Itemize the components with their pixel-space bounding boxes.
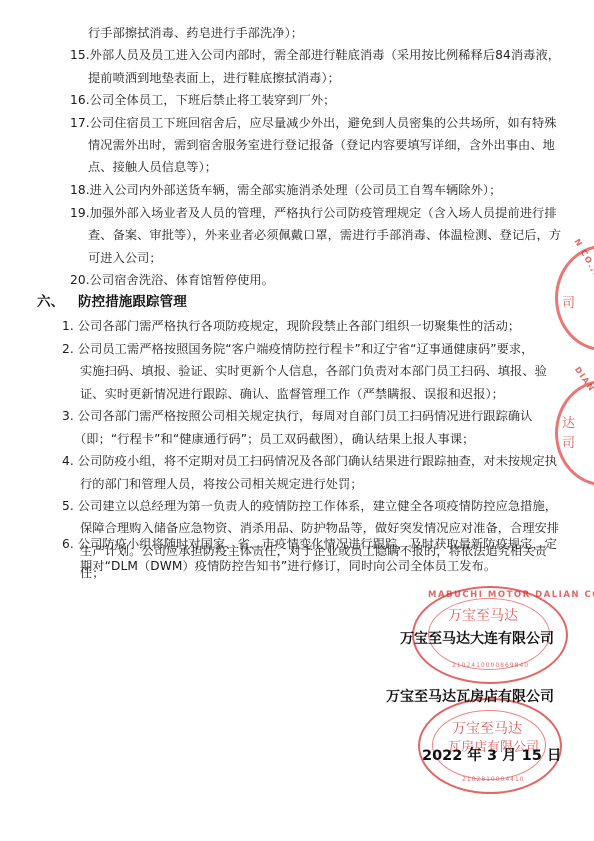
section-item-6-cont: 期对“DLM（DWM）疫情防控告知书”进行修订，同时向公司全体员工发布。 — [80, 557, 496, 575]
section-item-4-cont: 行的部门和管理人员，将按公司相关规定进行处罚； — [80, 475, 363, 493]
list-item-17-cont2: 点、接触人员信息等）； — [88, 158, 217, 176]
section-item-5: 5. 公司建立以总经理为第一负责人的疫情防控工作体系，建立健全各项疫情防控应急措… — [62, 497, 557, 515]
section-number: 六、 — [37, 293, 64, 311]
section-item-2: 2. 公司员工需严格按照国务院“客户端疫情防控行程卡”和辽宁省“辽事通健康码”要… — [62, 340, 534, 358]
list-item-18: 18.进入公司内外部送货车辆，需全部实施消杀处理（公司员工自驾车辆除外）； — [70, 181, 501, 199]
company-seal-dalian-outer-text: MABUCHI MOTOR DALIAN CO.,LTD. — [428, 590, 594, 600]
company-seal-dalian-logo-text: 万宝至马达 — [448, 605, 518, 625]
list-item-20: 20.公司宿舍洗浴、体育馆暂停使用。 — [70, 271, 274, 289]
document-page: 行手部擦拭消毒、药皂进行手部洗净）； 15.外部人员及员工进入公司内部时，需全部… — [0, 0, 594, 841]
list-item-19-cont: 查、备案、审批等），外来业者必须佩戴口罩，需进行手部消毒、体温检测、登记后，方 — [88, 226, 561, 244]
document-date: 2022 年 3 月 15 日 — [422, 744, 561, 765]
list-item-19-cont2: 可进入公司； — [88, 249, 162, 267]
section-item-2-cont: 实施扫码、填报、验证、实时更新个人信息，各部门负责对本部门员工扫码、填报、验 — [80, 362, 547, 380]
section-item-1: 1. 公司各部门需严格执行各项防疫规定，现阶段禁止各部门组织一切聚集性的活动； — [62, 317, 520, 335]
side-seal-fragment-2-char2: 司 — [562, 432, 575, 451]
list-item-19: 19.加强外部入场业者及人员的管理，严格执行公司防疫管理规定（含入场人员提前进行… — [70, 204, 557, 222]
side-seal-fragment-1-char: 司 — [562, 292, 575, 311]
section-item-2-cont2: 证、实时更新情况进行跟踪、确认、监督管理工作（严禁瞒报、误报和迟报）； — [80, 385, 504, 403]
text-line-14-cont: 行手部擦拭消毒、药皂进行手部洗净）； — [88, 24, 303, 42]
section-item-3: 3. 公司各部门需严格按照公司相关规定执行，每周对自部门员工扫码情况进行跟踪确认 — [62, 407, 532, 425]
section-item-4: 4. 公司防疫小组，将不定期对员工扫码情况及各部门确认结果进行跟踪抽查，对未按规… — [62, 452, 557, 470]
company-seal-wafangdian-logo-text: 万宝至马达 — [452, 718, 522, 738]
section-item-6-visible: 6. 公司防疫小组将随时对国家、省、市疫情变化情况进行跟踪，及时获取最新防疫规定… — [62, 535, 557, 553]
section-title: 防控措施跟踪管理 — [78, 293, 187, 311]
side-seal-fragment-2-char1: 达 — [562, 412, 575, 431]
company-seal-wafangdian-number: 2102810004410 — [462, 776, 525, 783]
signature-company-dalian: 万宝至马达大连有限公司 — [400, 628, 554, 648]
section-item-3-cont: （即；“行程卡”和“健康通行码”；员工双码截图），确认结果上报人事课； — [74, 430, 474, 448]
list-item-16: 16.公司全体员工，下班后禁止将工装穿到厂外； — [70, 91, 335, 109]
signature-company-wafangdian: 万宝至马达瓦房店有限公司 — [386, 686, 554, 706]
list-item-17-cont: 情况需外出时，需到宿舍服务室进行登记报备（登记内容要填写详细，含外出事由、地 — [88, 136, 555, 154]
list-item-15: 15.外部人员及员工进入公司内部时，需全部进行鞋底消毒（采用按比例稀释后84消毒… — [70, 46, 560, 64]
company-seal-dalian-number: 2102410000869840 — [452, 662, 529, 669]
list-item-15-cont: 提前喷洒到地垫表面上，进行鞋底擦拭消毒）； — [88, 69, 340, 87]
list-item-17: 17.公司住宿员工下班回宿舍后，应尽量减少外出，避免到人员密集的公共场所，如有特… — [70, 114, 557, 132]
